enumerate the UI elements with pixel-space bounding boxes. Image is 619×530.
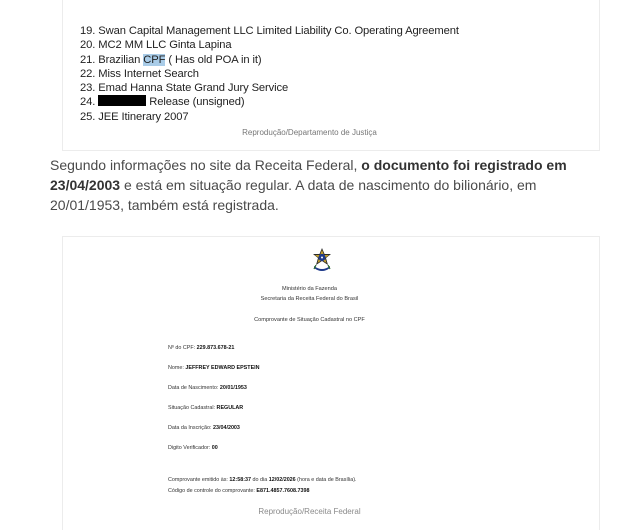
document-title: Comprovante de Situação Cadastral no CPF <box>0 317 619 323</box>
list-item: 19. Swan Capital Management LLC Limited … <box>80 24 459 38</box>
redaction-block <box>98 95 146 106</box>
list-item: 24. Release (unsigned) <box>80 95 459 109</box>
field-birth-date: Data de Nascimento: 20/01/1953 <box>168 385 247 391</box>
list-item: 21. Brazilian CPF ( Has old POA in it) <box>80 53 459 67</box>
field-status: Situação Cadastral: REGULAR <box>168 405 243 411</box>
list-item: 25. JEE Itinerary 2007 <box>80 110 459 124</box>
field-name: Nome: JEFFREY EDWARD EPSTEIN <box>168 365 260 371</box>
field-check-digit: Digito Verificador: 00 <box>168 445 218 451</box>
figure-caption: Reprodução/Receita Federal <box>0 507 619 516</box>
field-registration-date: Data da Inscrição: 23/04/2003 <box>168 425 240 431</box>
list-item: 23. Emad Hanna State Grand Jury Service <box>80 81 459 95</box>
issued-timestamp: Comprovante emitido às: 12:58:37 do dia … <box>168 477 357 483</box>
control-code: Código de controle do comprovante: E871.… <box>168 488 309 494</box>
figure-caption: Reprodução/Departamento de Justiça <box>0 128 619 137</box>
field-cpf-number: Nº do CPF: 229.873.678-21 <box>168 345 234 351</box>
figure-receita-document <box>62 236 600 530</box>
highlighted-text: CPF <box>143 54 165 66</box>
document-list: 19. Swan Capital Management LLC Limited … <box>80 24 459 124</box>
article-paragraph: Segundo informações no site da Receita F… <box>50 155 610 215</box>
list-item: 22. Miss Internet Search <box>80 67 459 81</box>
brazil-coat-of-arms-icon <box>311 247 333 275</box>
ministry-name: Ministério da Fazenda <box>0 286 619 292</box>
list-item: 20. MC2 MM LLC Ginta Lapina <box>80 38 459 52</box>
secretariat-name: Secretaria da Receita Federal do Brasil <box>0 296 619 302</box>
